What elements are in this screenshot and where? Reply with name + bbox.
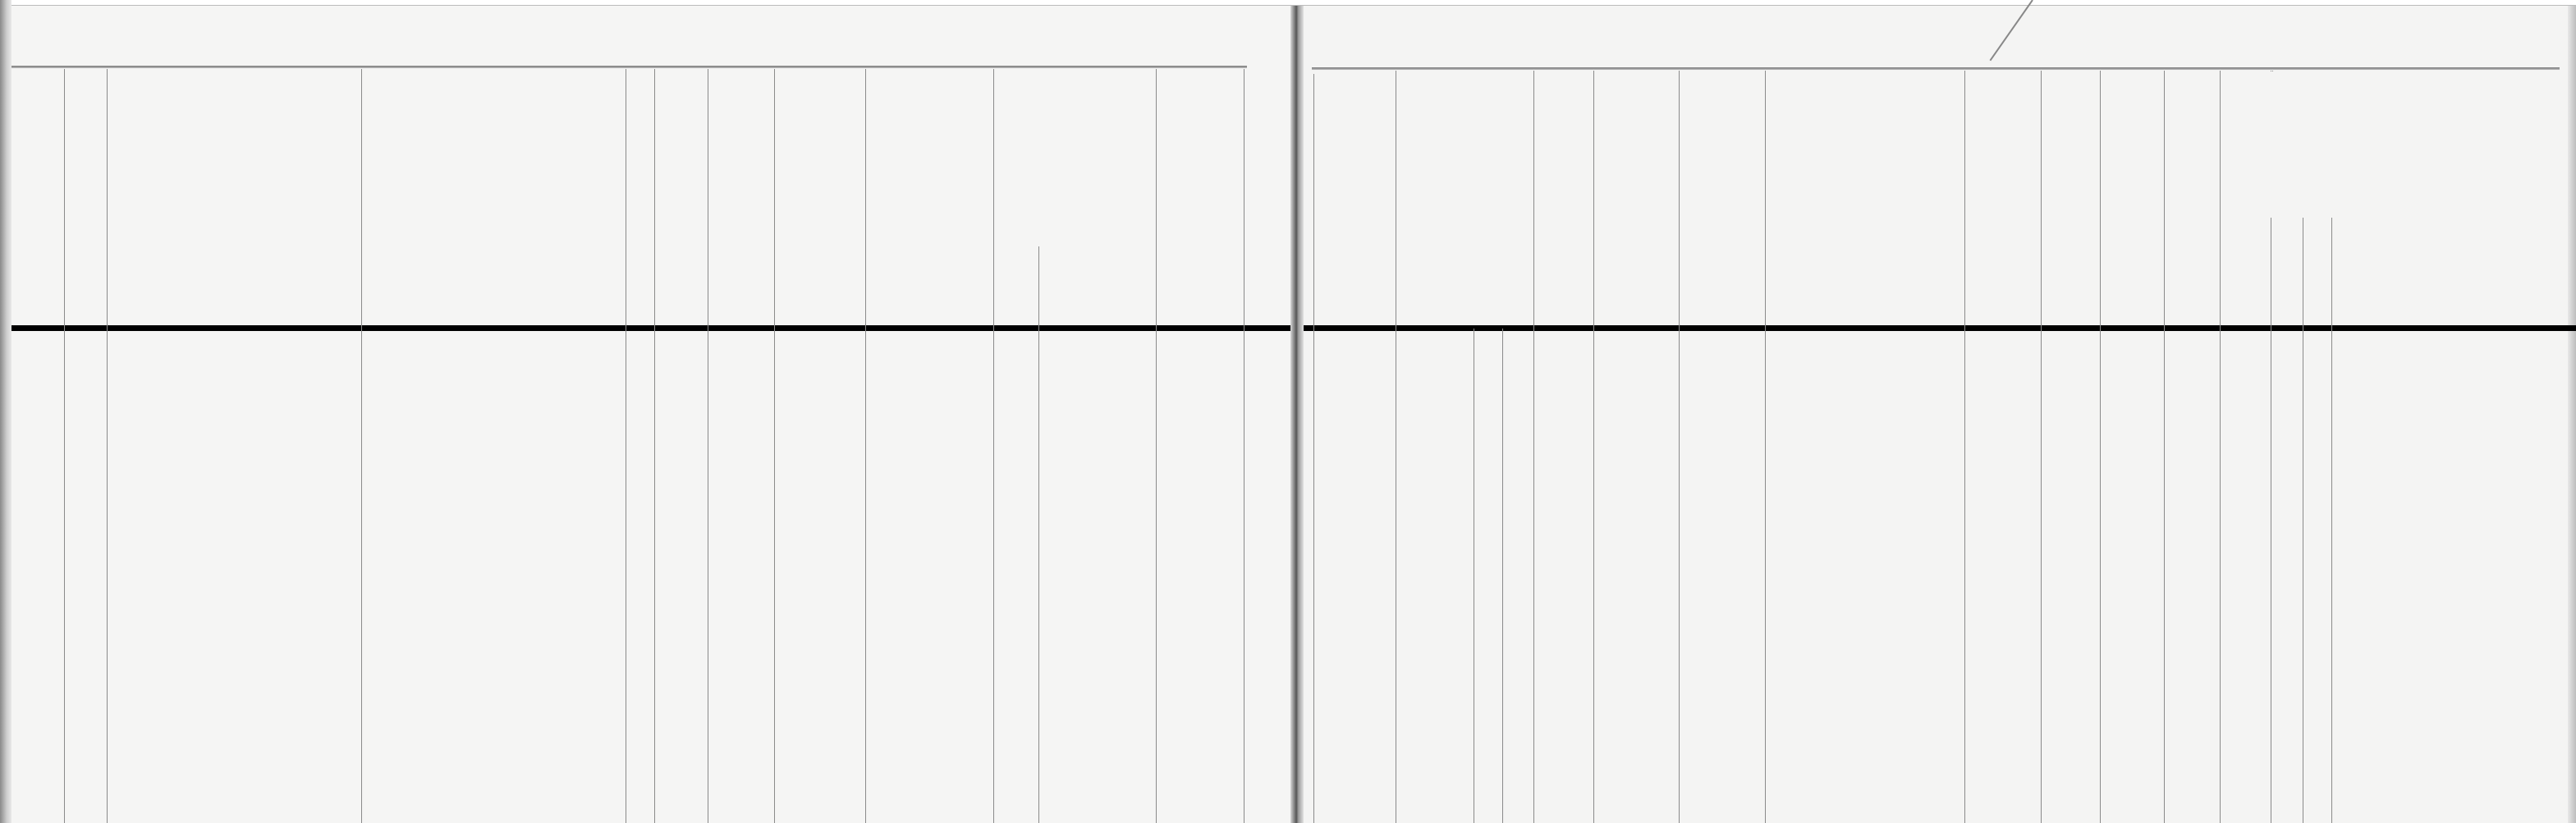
header-top-rule-right — [1312, 67, 2560, 70]
column-divider — [2271, 218, 2271, 823]
column-divider — [2100, 71, 2101, 823]
column-divider — [1038, 246, 1039, 823]
column-divider — [1244, 69, 1244, 823]
column-divider — [1156, 69, 1157, 823]
previous-page-strip — [11, 0, 2576, 6]
column-divider — [1765, 71, 1766, 823]
column-divider — [774, 69, 775, 823]
column-divider — [1593, 71, 1594, 823]
header-top-rule-left — [11, 66, 1247, 68]
header-separator-left — [11, 325, 1290, 331]
column-divider — [993, 69, 994, 823]
column-divider — [2164, 71, 2165, 823]
column-divider — [361, 69, 362, 823]
column-divider — [2041, 71, 2042, 823]
column-divider — [626, 69, 626, 823]
column-divider — [1502, 329, 1503, 823]
column-divider — [107, 69, 108, 823]
column-divider — [2303, 218, 2303, 823]
book-binding-left — [0, 0, 11, 823]
header-separator-right — [1304, 325, 2576, 331]
sheet-number — [2216, 18, 2223, 45]
column-divider — [1679, 71, 1680, 823]
column-divider — [2271, 71, 2271, 71]
page-edge-right — [2568, 0, 2576, 823]
book-gutter — [1290, 0, 1304, 823]
column-divider — [1474, 329, 1474, 823]
column-divider — [1313, 74, 1314, 823]
column-divider — [2331, 218, 2332, 823]
left-page — [11, 0, 1293, 823]
column-divider — [2220, 71, 2221, 823]
column-divider — [2272, 71, 2273, 71]
right-page — [1301, 0, 2576, 823]
column-divider — [1964, 71, 1965, 823]
column-divider — [1533, 71, 1534, 823]
column-divider — [708, 69, 708, 823]
column-divider — [865, 69, 866, 823]
column-divider — [654, 69, 655, 823]
column-divider — [1396, 71, 1396, 823]
column-divider — [64, 69, 65, 823]
